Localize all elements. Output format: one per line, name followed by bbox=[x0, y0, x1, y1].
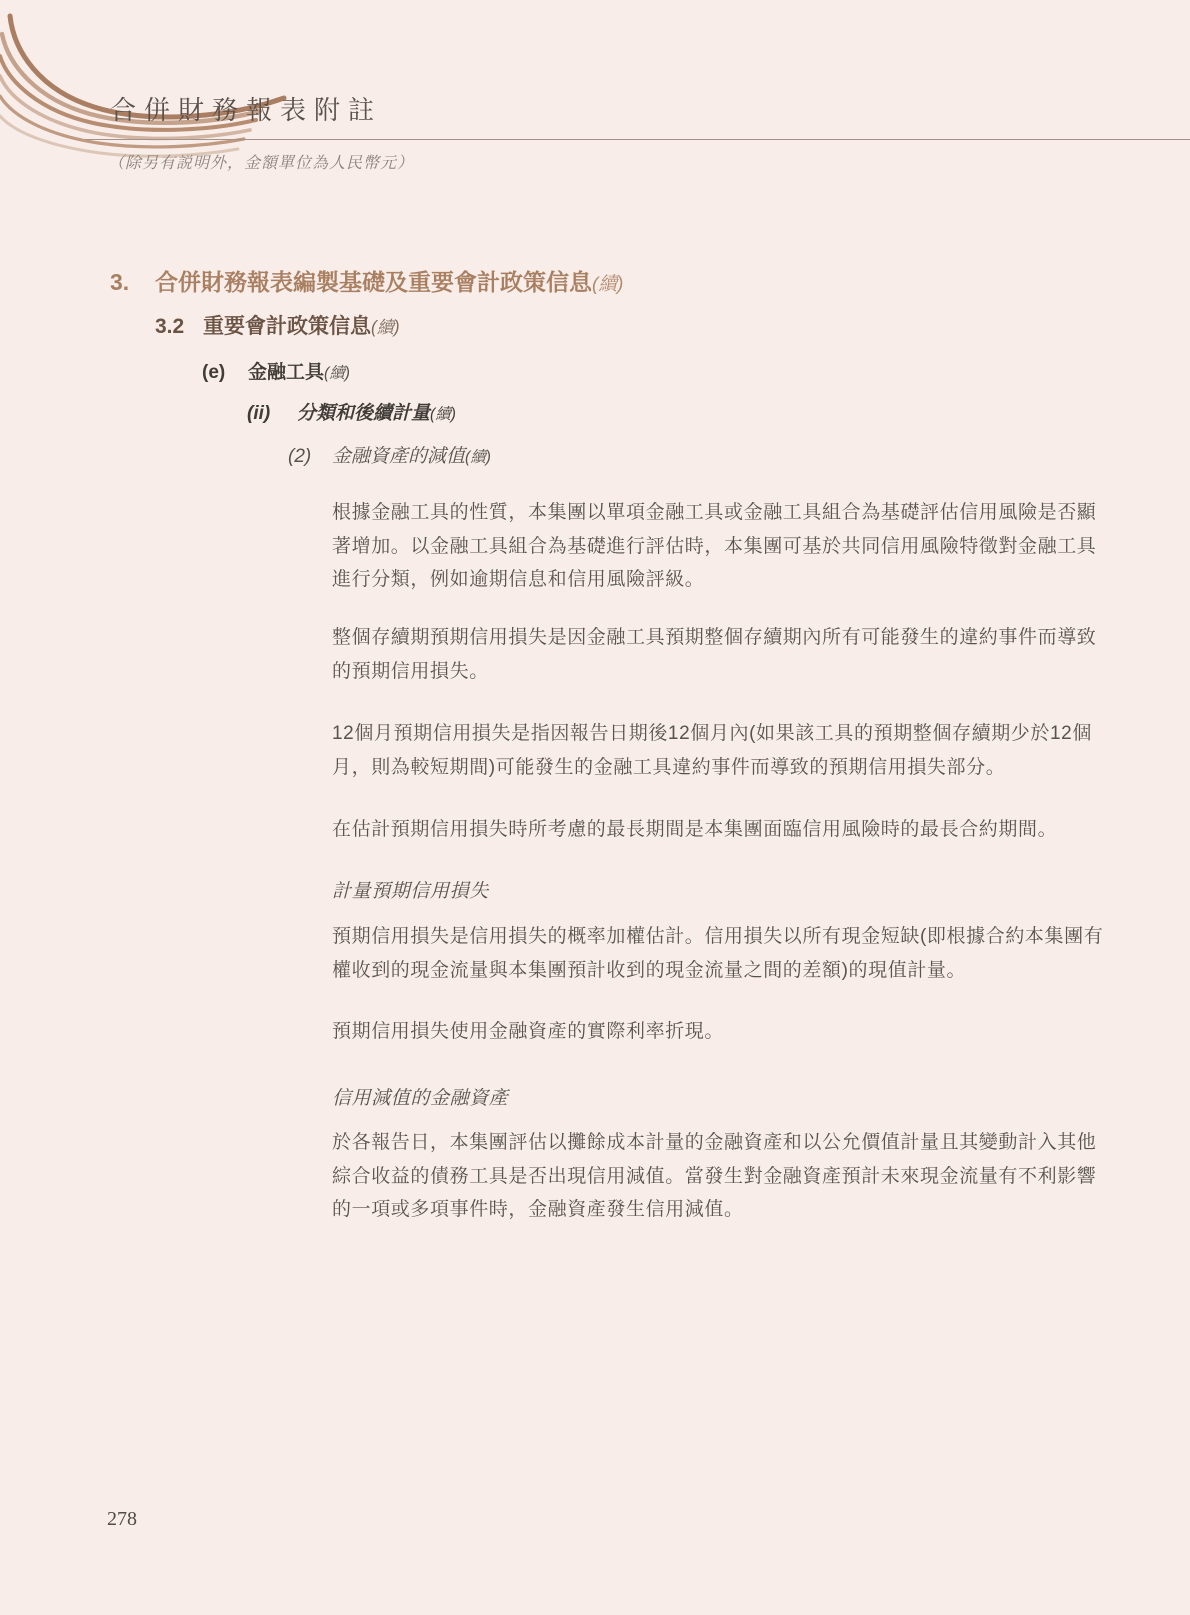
heading-item-e-text: 金融工具(續) bbox=[248, 357, 350, 384]
paragraph-credit-impairment: 於各報告日，本集團評估以攤餘成本計量的金融資產和以公允價值計量且其變動計入其他 … bbox=[332, 1126, 1096, 1227]
heading-section-3-2-text: 重要會計政策信息(續) bbox=[203, 310, 400, 340]
heading-section-3-2-number: 3.2 bbox=[155, 315, 203, 339]
paragraph-credit-risk-assessment: 根據金融工具的性質，本集團以單項金融工具或金融工具組合為基礎評估信用風險是否顯 … bbox=[332, 496, 1096, 597]
heading-item-2-number: (2) bbox=[288, 446, 332, 468]
page-number: 278 bbox=[107, 1508, 137, 1531]
heading-item-2: (2) 金融資產的減值(續) bbox=[288, 441, 491, 468]
heading-item-ii-number: (ii) bbox=[247, 403, 297, 425]
continued-marker: (續) bbox=[465, 449, 491, 466]
header-divider bbox=[85, 139, 1190, 140]
heading-item-ii: (ii) 分類和後續計量(續) bbox=[247, 398, 456, 425]
heading-section-3-2: 3.2 重要會計政策信息(續) bbox=[155, 310, 400, 340]
paragraph-lifetime-ecl: 整個存續期預期信用損失是因金融工具預期整個存續期內所有可能發生的違約事件而導致 … bbox=[332, 621, 1096, 688]
heading-section-3-number: 3. bbox=[110, 269, 155, 296]
subheading-measuring-ecl: 計量預期信用損失 bbox=[332, 876, 489, 903]
heading-item-ii-text: 分類和後續計量(續) bbox=[297, 398, 456, 425]
heading-item-2-text: 金融資產的減值(續) bbox=[332, 441, 491, 468]
heading-section-3: 3. 合併財務報表編製基礎及重要會計政策信息(續) bbox=[110, 264, 623, 297]
document-page: 合併財務報表附註 （除另有説明外，金額單位為人民幣元） 3. 合併財務報表編製基… bbox=[0, 0, 1190, 1615]
subheading-credit-impaired-assets: 信用減值的金融資產 bbox=[332, 1083, 508, 1110]
heading-item-e-number: (e) bbox=[202, 362, 248, 384]
page-title: 合併財務報表附註 bbox=[110, 90, 382, 127]
continued-marker: (續) bbox=[592, 273, 623, 294]
paragraph-ecl-measurement: 預期信用損失是信用損失的概率加權估計。信用損失以所有現金短缺(即根據合約本集團有… bbox=[332, 920, 1103, 987]
paragraph-max-period: 在估計預期信用損失時所考慮的最長期間是本集團面臨信用風險時的最長合約期間。 bbox=[332, 813, 1057, 847]
continued-marker: (續) bbox=[430, 406, 456, 423]
paragraph-12-month-ecl: 12個月預期信用損失是指因報告日期後12個月內(如果該工具的預期整個存續期少於1… bbox=[332, 717, 1092, 784]
heading-item-e: (e) 金融工具(續) bbox=[202, 357, 350, 384]
heading-section-3-text: 合併財務報表編製基礎及重要會計政策信息(續) bbox=[155, 264, 623, 297]
continued-marker: (續) bbox=[324, 365, 350, 382]
currency-note: （除另有説明外，金額單位為人民幣元） bbox=[108, 150, 414, 173]
paragraph-discount-rate: 預期信用損失使用金融資產的實際利率折現。 bbox=[332, 1015, 724, 1049]
continued-marker: (續) bbox=[371, 317, 400, 337]
